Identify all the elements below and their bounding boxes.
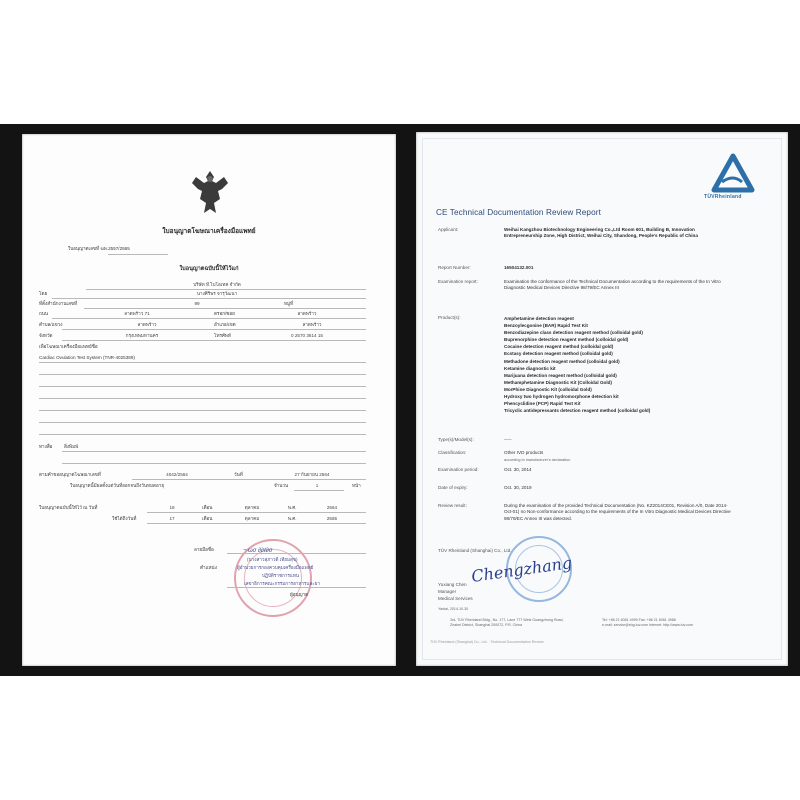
issue-year: 2564 <box>307 505 357 510</box>
approval-note: ใบอนุญาตนี้มีผลตั้งแต่วันที่ออกจนถึงวันห… <box>70 483 164 490</box>
product-item: Methadone detection reagent method (coll… <box>504 358 744 365</box>
report-title: CE Technical Documentation Review Report <box>436 208 601 217</box>
amphoe-value: ลาดพร้าว <box>282 322 342 329</box>
product-item: Amphetamine detection reagent <box>504 315 744 322</box>
underline <box>294 490 344 491</box>
signer-title: Manager <box>438 589 456 594</box>
request-label: ตามคำขออนุญาตโฆษณาเลขที่ <box>39 472 101 479</box>
underline <box>227 587 366 588</box>
product-item: Ketamine diagnostic kit <box>504 365 744 372</box>
report-number-value: 16504132.001 <box>504 265 734 271</box>
footer-line: TÜV Rheinland (Shanghai) Co., Ltd. · Tec… <box>430 640 544 644</box>
address-label: ที่ตั้งสำนักงานเลขที่ <box>39 301 77 308</box>
expiry-day: 17 <box>152 516 192 521</box>
count-value: 1 <box>297 483 337 488</box>
underline <box>39 434 366 435</box>
count-label: จำนวน <box>274 483 288 490</box>
medium-value: สิ่งพิมพ์ <box>64 444 78 451</box>
review-result-label: Review result: <box>438 503 467 508</box>
expiry-year: 2565 <box>307 516 357 521</box>
province-value: กรุงเทพมหานคร <box>102 333 182 340</box>
district-label: ตำบล/แขวง <box>39 322 63 329</box>
issue-day: 18 <box>152 505 192 510</box>
underline <box>52 318 366 319</box>
issue-year-label: พ.ศ. <box>288 505 297 512</box>
underline <box>84 308 366 309</box>
product-item: Methamphetamine Diagnostic Kit (Colloida… <box>504 379 744 386</box>
underline <box>39 422 366 423</box>
contact-phone: Tel: +86 21 6081 4999 Fax: +86 21 6081 4… <box>602 618 676 622</box>
thai-advertising-license-document: ใบอนุญาตโฆษณาเครื่องมือแพทย์ ใบอนุญาตเลข… <box>22 134 396 666</box>
underline <box>62 451 366 452</box>
request-value: 4042/2564 <box>152 472 202 477</box>
license-number: ใบอนุญาตเลขที่ ฆพ.2557/2565 <box>68 246 130 253</box>
signer-role: ผู้อนุญาต <box>290 592 308 599</box>
underline <box>62 329 366 330</box>
expiry-date-value: Oct. 30, 2019 <box>504 485 734 491</box>
address-line-1: 3rd, TÜV Rheinland Bldg., No. 177, Lane … <box>450 618 564 622</box>
expiry-year-label: พ.ศ. <box>288 516 297 523</box>
underline <box>39 374 366 375</box>
province-label: จังหวัด <box>39 333 53 340</box>
garuda-emblem-icon <box>190 169 230 217</box>
by-value: นางศิริพร จารุวัฒนา <box>152 291 282 298</box>
date-value: 27 กันยายน 2564 <box>272 472 352 479</box>
license-subtitle: ใบอนุญาตฉบับนี้ให้ไว้แก่ <box>22 265 396 273</box>
underline <box>132 479 366 480</box>
issue-month: ตุลาคม <box>222 505 282 512</box>
underline <box>39 410 366 411</box>
underline <box>62 340 366 341</box>
product-item: Marijuana detection reagent method (coll… <box>504 372 744 379</box>
signature-label: ลายมือชื่อ <box>194 547 214 554</box>
tuv-triangle-logo-icon <box>708 152 758 196</box>
product-label: เพื่อโฆษณาเครื่องมือแพทย์ชื่อ <box>39 344 98 351</box>
road-label: ถนน <box>39 311 48 318</box>
signer-org: ปฏิบัติราชการแทน <box>262 573 299 580</box>
signer-name: Yuxiang Chen <box>438 582 467 587</box>
product-item: MorPhine Diagnostic Kit (colloidal Gold) <box>504 386 744 393</box>
phone-value: 0 2570 3614 15 <box>262 333 352 338</box>
examination-period-label: Examination period: <box>438 467 479 472</box>
report-number-label: Report Number: <box>438 265 471 270</box>
address-line-2: Zhabei District, Shanghai 200072, P.R. C… <box>450 623 522 627</box>
applicant-label: Applicant: <box>438 227 458 232</box>
district-value: ลาดพร้าว <box>117 322 177 329</box>
examination-label: Examination report: <box>438 279 478 284</box>
soi-value: ลาดพร้าว 71 <box>97 311 177 318</box>
issuing-organization: TÜV Rheinland (Shanghai) Co., Ltd. <box>438 548 512 553</box>
amphoe-label: อำเภอ/เขต <box>214 322 236 329</box>
underline <box>39 362 366 363</box>
date-label: วันที่ <box>234 472 243 479</box>
underline <box>62 463 366 464</box>
ce-technical-review-report-document: TÜVRheinland CE Technical Documentation … <box>416 132 788 666</box>
position-label: ตำแหน่ง <box>200 565 217 572</box>
underline <box>39 398 366 399</box>
underline <box>227 553 366 554</box>
by-label: โดย <box>39 291 47 298</box>
product-item: Cocaine detection reagent method (colloi… <box>504 343 744 350</box>
license-title: ใบอนุญาตโฆษณาเครื่องมือแพทย์ <box>22 226 396 236</box>
expiry-date-label: Date of expiry: <box>438 485 468 490</box>
product-item: Hydroxy two hydrogen hydromorphone detec… <box>504 393 744 400</box>
underline <box>52 298 366 299</box>
signer-department: Medical Services <box>438 596 473 601</box>
product-item: Tricyclic antidepressants detection reag… <box>504 407 744 414</box>
expiry-month: ตุลาคม <box>222 516 282 523</box>
moo-label: หมู่ที่ <box>284 301 293 308</box>
underline <box>86 289 366 290</box>
classification-note: according to manufacturer's declaration <box>504 457 734 463</box>
phone-label: โทรศัพท์ <box>214 333 231 340</box>
medium-label: ทางสื่อ <box>39 444 52 451</box>
underline <box>108 254 168 255</box>
product-value: Cardiac Ovulation Test System (TNR-40253… <box>39 355 135 360</box>
product-item: Benzodiazepine class detection reagent m… <box>504 329 744 336</box>
signer-title: ผู้อำนวยการกองควบคุมเครื่องมือแพทย์ <box>237 565 313 572</box>
tuv-logo-text: TÜVRheinland <box>704 194 742 200</box>
product-item: Phencyclidine (PCP) Rapid Test Kit <box>504 400 744 407</box>
type-model-label: Type(s)/Model(s): <box>438 437 474 442</box>
products-list: Amphetamine detection reagentBenzoylecgo… <box>504 315 744 414</box>
type-model-value: ----- <box>504 437 734 443</box>
place-date: Yantai, 2014-10-30 <box>438 607 468 611</box>
expiry-label: ใช้ได้ถึงวันที่ <box>112 516 136 523</box>
underline <box>147 512 366 513</box>
signer-name: (นางสาวสุภาวดี เทียมสุข) <box>247 557 298 564</box>
underline <box>147 523 366 524</box>
review-result-value: During the examination of the provided T… <box>504 503 734 522</box>
issue-label: ใบอนุญาตฉบับนี้ให้ไว้ ณ วันที่ <box>39 505 97 512</box>
classification-label: Classification: <box>438 450 466 455</box>
count-unit: หน้า <box>352 483 361 490</box>
product-item: Benzoylecgonine (BAR) Rapid Test Kit <box>504 322 744 329</box>
applicant-value: Weihai Kangzhou Biotechnology Engineerin… <box>504 227 734 240</box>
products-label: Product(s): <box>438 315 460 320</box>
company-name: บริษัท ที.ไบโอเทค จำกัด <box>142 282 292 289</box>
product-item: Ecstasy detection reagent method (colloi… <box>504 350 744 357</box>
contact-email: e-mail: service@shg.tuv.com Internet: ht… <box>602 623 693 627</box>
product-item: Buprenorphine detection reagent method (… <box>504 336 744 343</box>
underline <box>39 386 366 387</box>
road-value: ลาดพร้าว <box>262 311 352 318</box>
soi-label: ตรอก/ซอย <box>214 311 235 318</box>
address-number: 99 <box>182 301 212 306</box>
expiry-month-label: เดือน <box>202 516 212 523</box>
issue-month-label: เดือน <box>202 505 212 512</box>
classification-value: Other IVD products <box>504 450 734 456</box>
examination-period-value: Oct. 30, 2014 <box>504 467 734 473</box>
examination-value: Examination the conformance of the Techn… <box>504 279 734 292</box>
